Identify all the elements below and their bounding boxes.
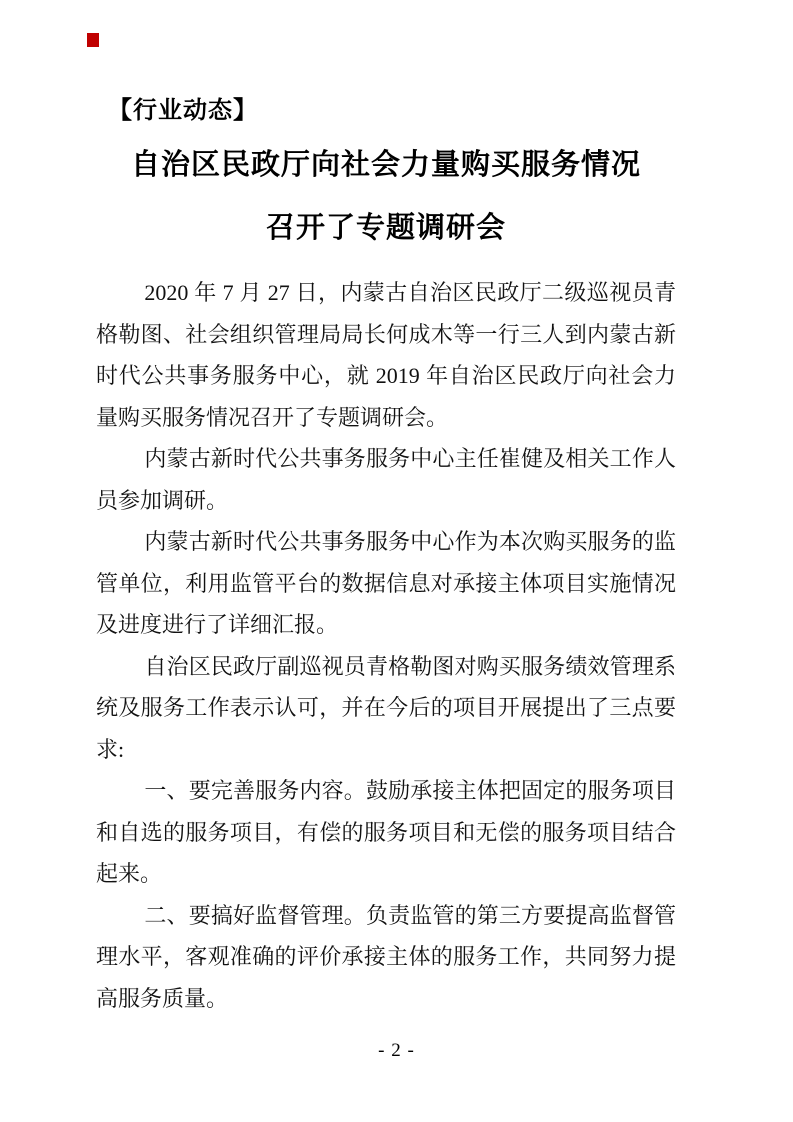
document-title-line-1: 自治区民政厅向社会力量购买服务情况 [96,134,676,197]
body-paragraph: 内蒙古新时代公共事务服务中心主任崔健及相关工作人员参加调研。 [96,438,676,521]
body-paragraph: 2020 年 7 月 27 日，内蒙古自治区民政厅二级巡视员青格勒图、社会组织管… [96,272,676,438]
section-heading: 【行业动态】 [96,95,676,126]
document-title: 自治区民政厅向社会力量购买服务情况 召开了专题调研会 [96,134,676,260]
document-title-line-2: 召开了专题调研会 [96,197,676,260]
body-paragraph: 内蒙古新时代公共事务服务中心作为本次购买服务的监管单位，利用监管平台的数据信息对… [96,521,676,646]
red-marker [87,33,99,47]
document-page: 【行业动态】 自治区民政厅向社会力量购买服务情况 召开了专题调研会 2020 年… [0,0,793,1122]
body-paragraph: 一、要完善服务内容。鼓励承接主体把固定的服务项目和自选的服务项目，有偿的服务项目… [96,770,676,895]
body-paragraph: 自治区民政厅副巡视员青格勒图对购买服务绩效管理系统及服务工作表示认可，并在今后的… [96,646,676,771]
body-paragraph: 二、要搞好监督管理。负责监管的第三方要提高监督管理水平，客观准确的评价承接主体的… [96,895,676,1020]
document-body: 2020 年 7 月 27 日，内蒙古自治区民政厅二级巡视员青格勒图、社会组织管… [96,272,676,1019]
document-content: 【行业动态】 自治区民政厅向社会力量购买服务情况 召开了专题调研会 2020 年… [96,95,676,1019]
page-number: - 2 - [0,1040,793,1062]
